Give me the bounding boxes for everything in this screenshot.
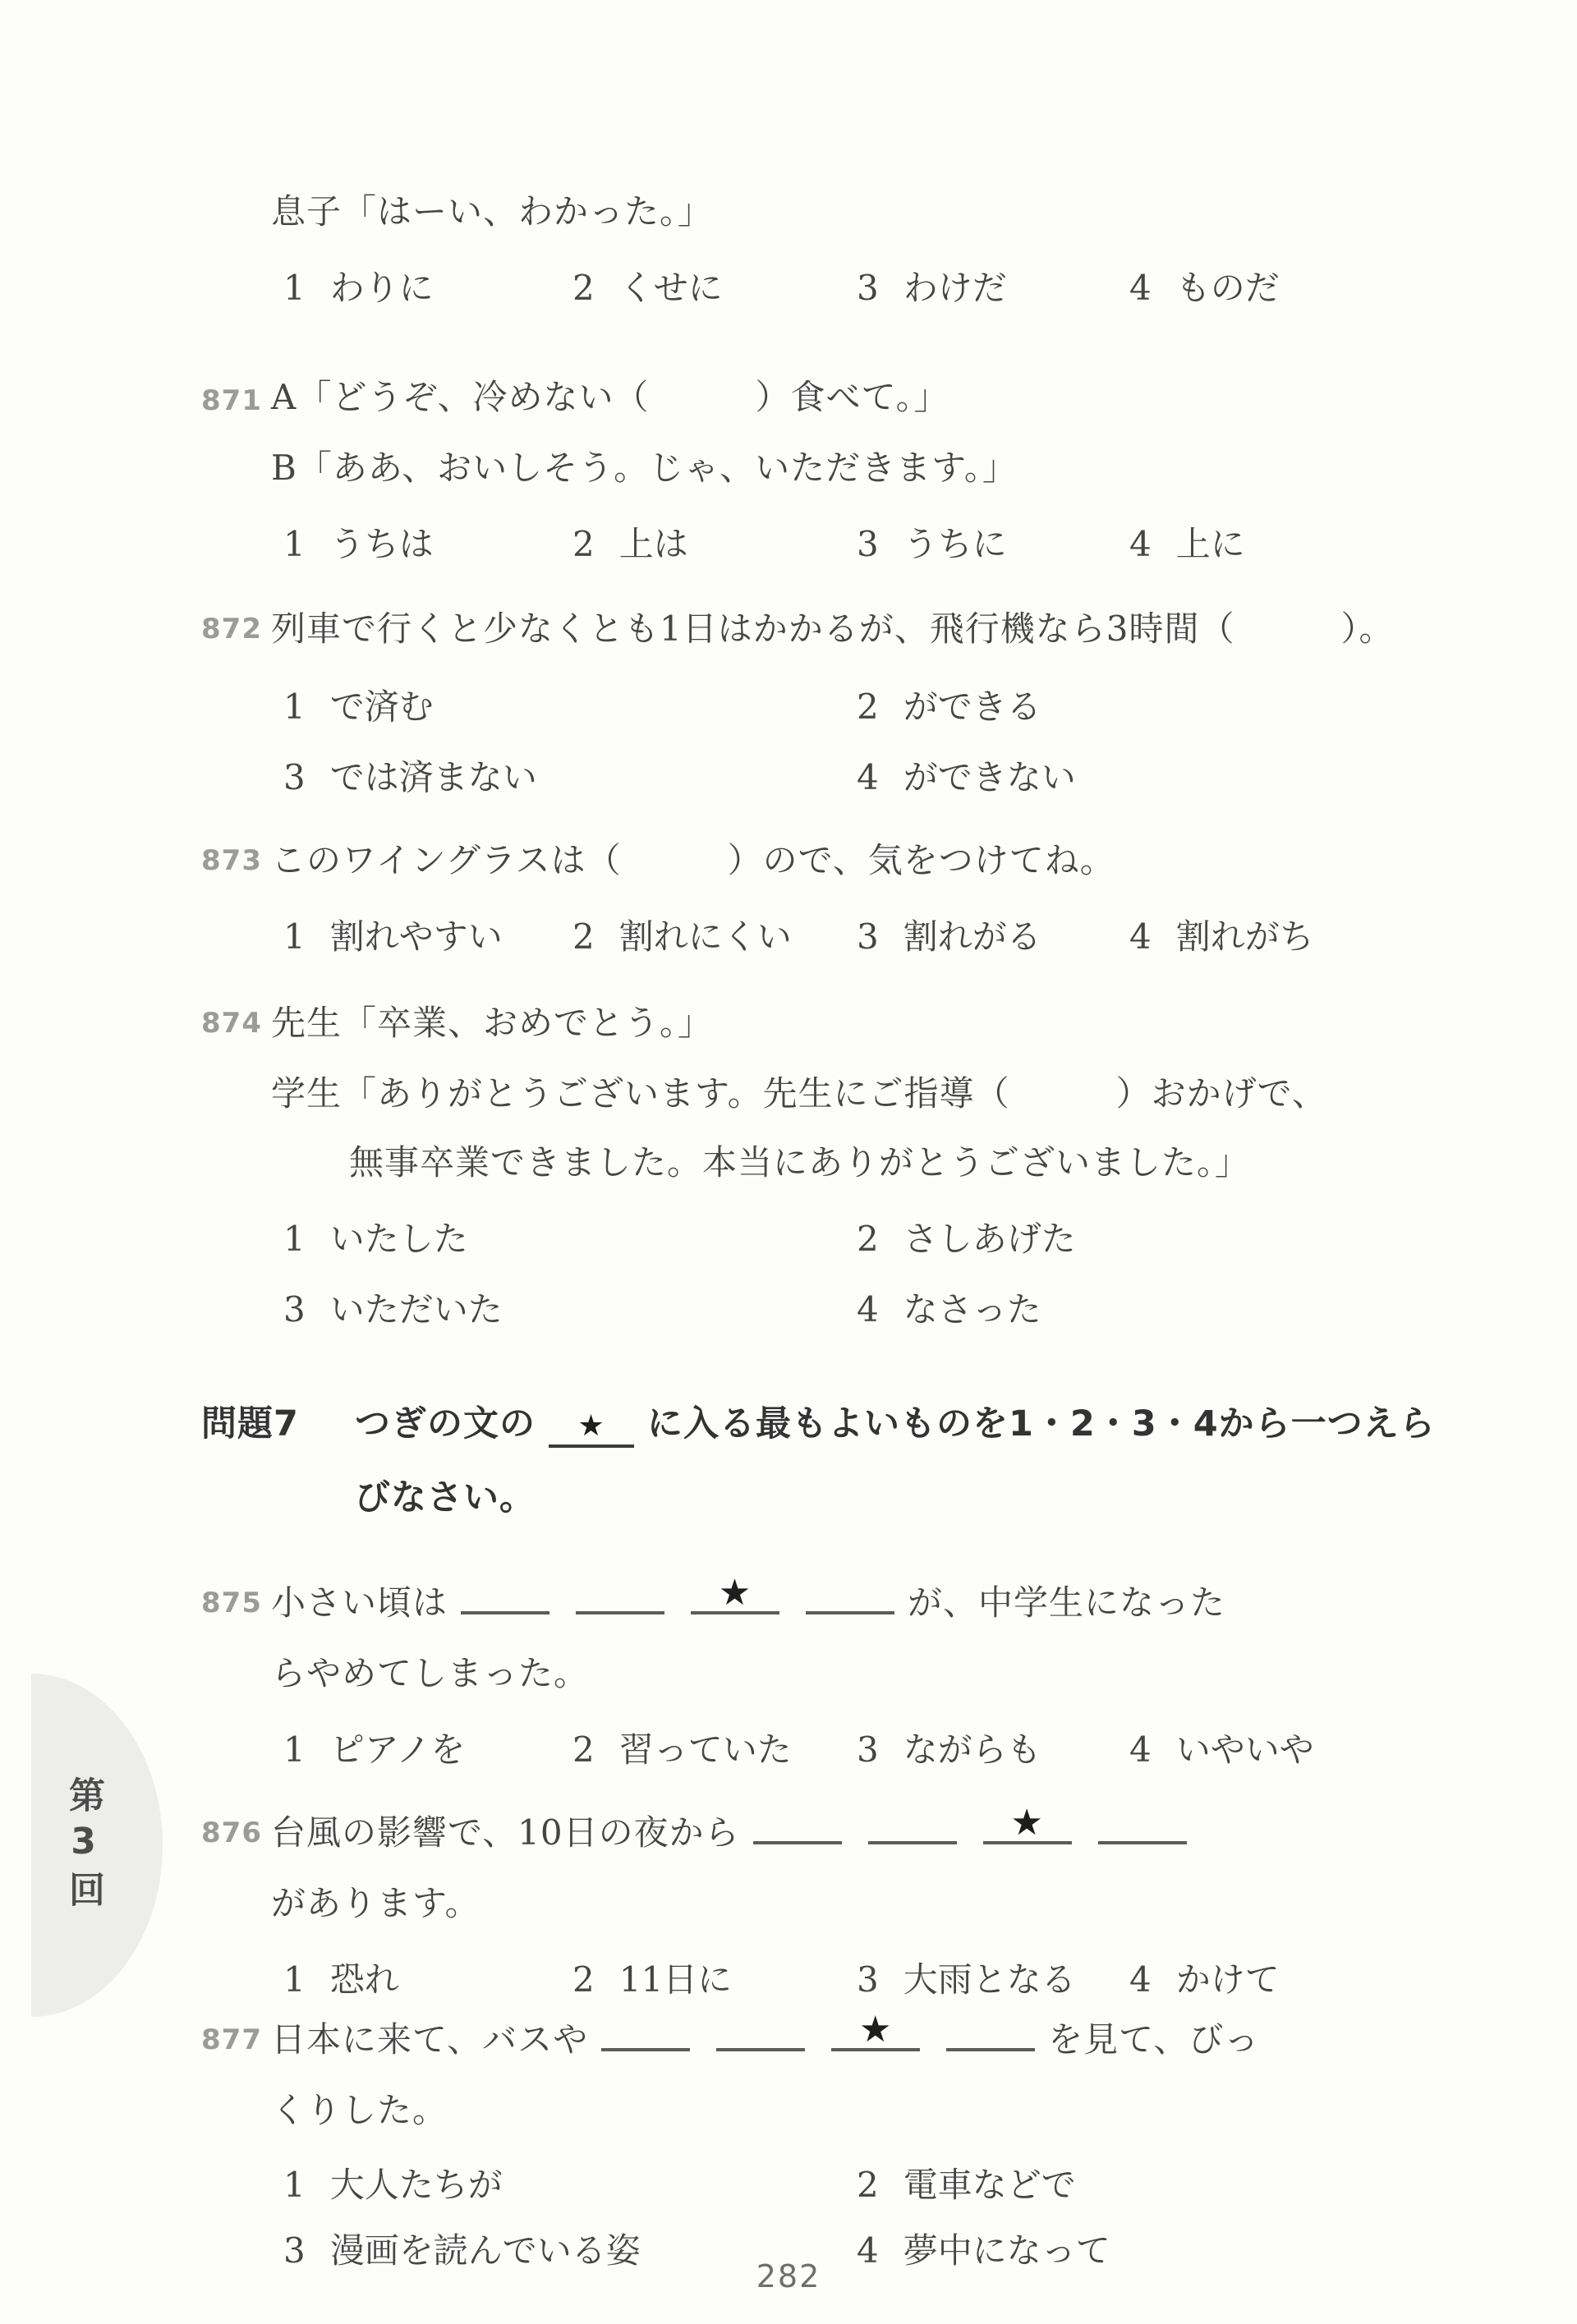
option-2: 2電車などで [857, 2158, 1076, 2207]
instruction-before-star: つぎの文の [355, 1403, 536, 1444]
option-number: 2 [572, 1959, 595, 2000]
question-number-877: 877 [201, 2023, 262, 2056]
option-text: わりに [330, 268, 434, 308]
question-number-871: 871 [201, 384, 262, 417]
answer-blank-4 [946, 2037, 1035, 2051]
option-4: 4かけて [1129, 1953, 1280, 2002]
option-2: 2ができる [857, 680, 1041, 729]
question-874-line-2: 学生「ありがとうございます。先生にご指導（ ）おかげで、 [271, 1072, 1327, 1116]
option-text: ピアノを [330, 1729, 466, 1770]
answer-blank-3-star: ★ [691, 1600, 779, 1614]
option-number: 4 [857, 757, 879, 797]
option-1: 1いたした [283, 1212, 468, 1261]
option-number: 3 [857, 268, 879, 308]
option-3: 3うちに [857, 517, 1007, 567]
answer-blank-1 [753, 1830, 842, 1844]
option-text: いたした [330, 1219, 468, 1259]
option-text: 大人たちが [330, 2165, 503, 2205]
option-number: 1 [283, 1959, 306, 2000]
question-870-dialogue-line: 息子「はーい、わかった。」 [271, 191, 713, 234]
answer-blank-3-star: ★ [983, 1830, 1072, 1844]
answer-blank-2 [868, 1830, 957, 1844]
option-3: 3わけだ [857, 261, 1007, 310]
instruction-after-star: に入る最もよいものを1・2・3・4から一つえら [647, 1403, 1436, 1444]
answer-blank-4 [1098, 1830, 1187, 1844]
question-number-874: 874 [201, 1007, 262, 1040]
option-3: 3大雨となる [857, 1953, 1076, 2002]
option-3: 3では済まない [283, 751, 537, 800]
option-1: 1うちは [283, 517, 434, 567]
option-number: 3 [857, 524, 879, 564]
option-number: 4 [1129, 268, 1152, 308]
option-text: かけて [1176, 1959, 1280, 2000]
option-text: 習っていた [619, 1729, 792, 1770]
option-3: 3いただいた [283, 1283, 503, 1332]
round-3-side-tab: 第3回 [31, 1674, 163, 2017]
option-text: 恐れ [330, 1959, 399, 2000]
option-text: ができない [903, 757, 1076, 797]
question-875-stem: 小さい頃は★が、中学生になった [271, 1582, 1225, 1625]
option-text: 上は [619, 524, 688, 564]
option-text: 割れやすい [330, 916, 503, 957]
option-2: 211日に [572, 1953, 732, 2002]
option-4: 4上に [1129, 517, 1245, 567]
option-2: 2習っていた [572, 1723, 792, 1772]
option-text: ができる [903, 687, 1041, 727]
star-icon: ★ [1010, 1805, 1043, 1841]
question-877-stem: 日本に来て、バスや★を見て、びっ [271, 2019, 1259, 2062]
option-number: 1 [283, 1219, 306, 1259]
option-4: 4いやいや [1129, 1723, 1314, 1772]
option-number: 3 [283, 757, 306, 797]
answer-blank-1 [601, 2037, 690, 2051]
option-text: いただいた [330, 1289, 503, 1330]
answer-blank-2 [716, 2037, 805, 2051]
answer-blank-3-star: ★ [831, 2037, 920, 2051]
option-4: 4割れがち [1129, 910, 1314, 959]
page-number: 282 [0, 2258, 1577, 2294]
answer-blank-2 [576, 1600, 664, 1614]
option-number: 2 [572, 524, 595, 564]
option-number: 2 [857, 2165, 879, 2205]
option-text: うちに [903, 524, 1007, 564]
test-book-page: 第3回 息子「はーい、わかった。」 1わりに 2くせに 3わけだ 4ものだ 87… [0, 0, 1577, 2324]
option-2: 2上は [572, 517, 688, 567]
question-873-stem: このワイングラスは（ ）ので、気をつけてね。 [271, 839, 1115, 883]
option-number: 1 [283, 687, 306, 727]
option-1: 1恐れ [283, 1953, 399, 2002]
question-number-875: 875 [201, 1587, 262, 1619]
option-text: 割れがる [903, 916, 1041, 957]
option-number: 1 [283, 268, 306, 308]
option-text: 割れがち [1176, 916, 1314, 957]
option-number: 4 [1129, 916, 1152, 957]
option-text: さしあげた [903, 1219, 1076, 1259]
answer-blank-4 [806, 1600, 894, 1614]
section-7-instruction-line1: つぎの文の ★ に入る最もよいものを1・2・3・4から一つえら [355, 1396, 1436, 1448]
option-number: 3 [857, 916, 879, 957]
option-number: 2 [572, 1729, 595, 1770]
option-1: 1わりに [283, 261, 434, 310]
option-4: 4ものだ [1129, 261, 1280, 310]
option-1: 1で済む [283, 680, 434, 729]
round-3-tab-label: 第3回 [57, 1776, 109, 1915]
option-text: で済む [330, 687, 434, 727]
question-874-line-1: 先生「卒業、おめでとう。」 [271, 1002, 713, 1045]
option-3: 3割れがる [857, 910, 1041, 959]
option-text: ながらも [903, 1729, 1041, 1770]
option-number: 3 [857, 1729, 879, 1770]
question-872-stem: 列車で行くと少なくとも1日はかかるが、飛行機なら3時間（ ）。 [271, 608, 1394, 651]
question-871-line-a: A「どうぞ、冷めない（ ）食べて。」 [271, 376, 949, 420]
option-3: 3ながらも [857, 1723, 1041, 1772]
question-871-line-b: B「ああ、おいしそう。じゃ、いただきます。」 [271, 447, 1018, 490]
option-1: 1割れやすい [283, 910, 503, 959]
option-number: 3 [283, 1289, 306, 1330]
option-text: なさった [903, 1289, 1041, 1330]
option-text: 割れにくい [619, 916, 792, 957]
question-876-line2: があります。 [271, 1882, 480, 1926]
option-number: 3 [857, 1959, 879, 2000]
option-2: 2割れにくい [572, 910, 792, 959]
option-number: 2 [857, 1219, 879, 1259]
option-number: 1 [283, 524, 306, 564]
option-text: うちは [330, 524, 434, 564]
question-number-872: 872 [201, 613, 262, 645]
question-number-876: 876 [201, 1816, 262, 1849]
question-number-873: 873 [201, 844, 262, 877]
option-text: 11日に [619, 1959, 732, 2000]
question-875-line2: らやめてしまった。 [271, 1652, 589, 1696]
star-blank-marker: ★ [549, 1409, 634, 1448]
option-number: 4 [1129, 524, 1152, 564]
option-text: 大雨となる [903, 1959, 1076, 2000]
option-2: 2くせに [572, 261, 723, 310]
question-876-stem: 台風の影響で、10日の夜から★ [271, 1812, 1200, 1855]
star-icon: ★ [719, 1575, 752, 1611]
option-4: 4ができない [857, 751, 1076, 800]
option-2: 2さしあげた [857, 1212, 1076, 1261]
option-number: 2 [572, 268, 595, 308]
question-877-line2: くりした。 [271, 2089, 448, 2133]
star-icon: ★ [859, 2012, 892, 2048]
option-text: 電車などで [903, 2165, 1076, 2205]
option-text: わけだ [903, 268, 1007, 308]
option-number: 2 [572, 916, 595, 957]
option-number: 4 [1129, 1729, 1152, 1770]
stem-after-blanks: が、中学生になった [908, 1582, 1225, 1623]
option-1: 1ピアノを [283, 1723, 465, 1772]
question-874-line-3: 無事卒業できました。本当にありがとうございました。」 [349, 1141, 1250, 1185]
option-1: 1大人たちが [283, 2158, 503, 2207]
stem-before-blanks: 台風の影響で、10日の夜から [271, 1812, 740, 1853]
option-number: 1 [283, 1729, 306, 1770]
option-number: 4 [1129, 1959, 1152, 2000]
answer-blank-1 [461, 1600, 549, 1614]
stem-before-blanks: 日本に来て、バスや [271, 2019, 588, 2060]
section-7-instruction-line2: びなさい。 [355, 1470, 536, 1520]
option-text: いやいや [1176, 1729, 1314, 1770]
option-text: では済まない [330, 757, 537, 797]
option-number: 2 [857, 687, 879, 727]
option-4: 4なさった [857, 1283, 1041, 1332]
option-number: 4 [857, 1289, 879, 1330]
option-number: 1 [283, 916, 306, 957]
option-text: ものだ [1176, 268, 1280, 308]
stem-before-blanks: 小さい頃は [271, 1582, 448, 1623]
option-text: 上に [1176, 524, 1245, 564]
stem-after-blanks: を見て、びっ [1048, 2019, 1259, 2060]
option-number: 1 [283, 2165, 306, 2205]
section-7-label: 問題7 [201, 1396, 299, 1446]
option-text: くせに [619, 268, 723, 308]
